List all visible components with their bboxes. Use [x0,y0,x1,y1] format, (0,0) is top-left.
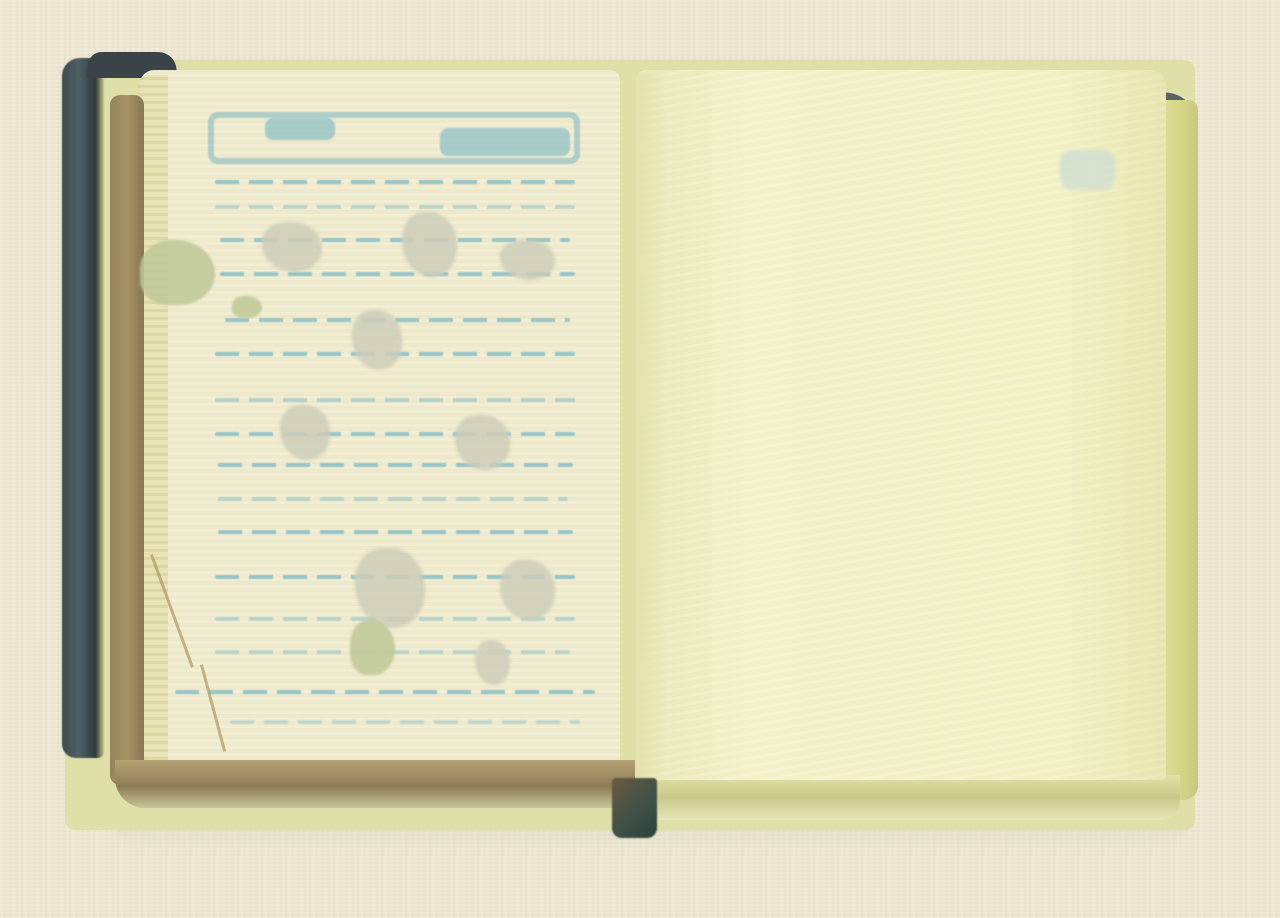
text-stroke [230,720,580,724]
text-stroke [215,180,575,184]
text-stroke [218,497,568,501]
book-spine [62,58,104,758]
text-stroke [215,398,575,402]
text-stroke [175,690,595,694]
paint-blot [232,296,262,318]
inner-spine-band [110,95,144,785]
text-stroke [215,432,575,436]
page-block-bottom-left [115,760,635,808]
spine-bottom [612,778,657,838]
open-book [0,0,1280,918]
painting-canvas [0,0,1280,918]
text-stroke [215,205,575,209]
header-mark [440,128,570,156]
page-block-bottom-right [640,775,1180,820]
text-stroke [218,530,573,534]
paint-patch [1060,150,1115,190]
header-mark [265,118,335,140]
paint-blot [475,640,510,685]
text-stroke [218,463,573,467]
right-page-gutter [636,74,666,780]
paint-blot [350,620,395,675]
paint-blot [140,240,215,305]
text-stroke [225,318,570,322]
